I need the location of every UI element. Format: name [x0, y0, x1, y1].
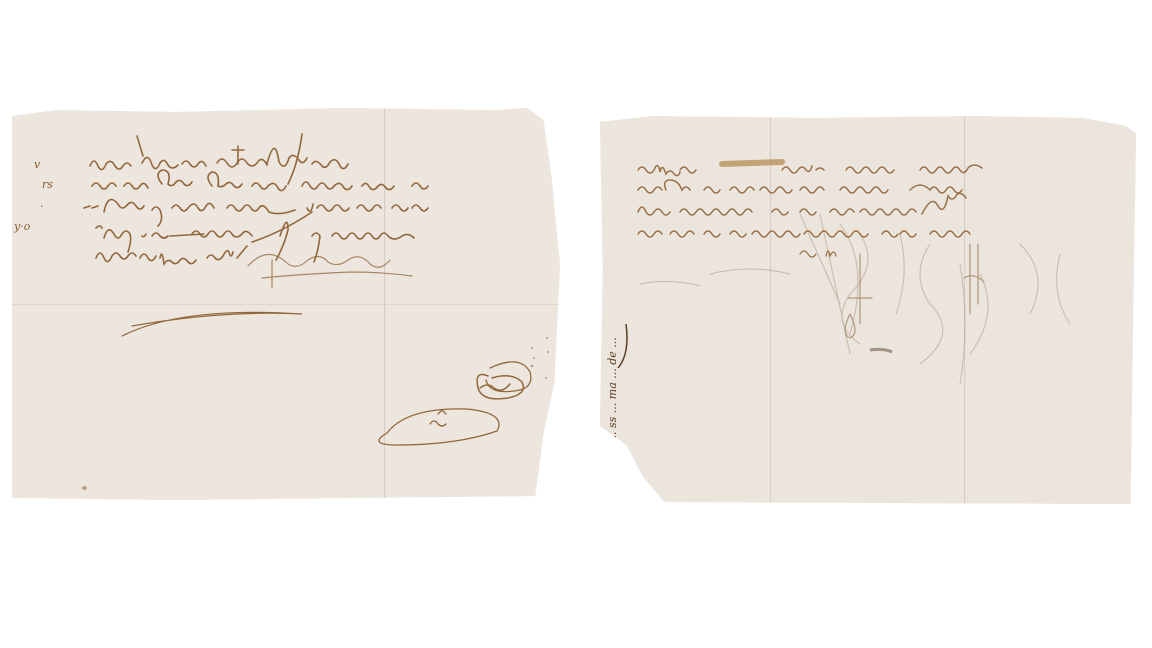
recto-sheet: v rs · y·o	[12, 108, 560, 500]
verso-sheet: ... ss ... ma ... de ...	[600, 114, 1136, 504]
handwriting-lines	[12, 108, 560, 500]
margin-flourish	[606, 322, 636, 382]
handwriting-lines	[600, 114, 1136, 504]
ink-stain	[82, 486, 87, 490]
manuscript-photo: v rs · y·o	[0, 0, 1152, 648]
